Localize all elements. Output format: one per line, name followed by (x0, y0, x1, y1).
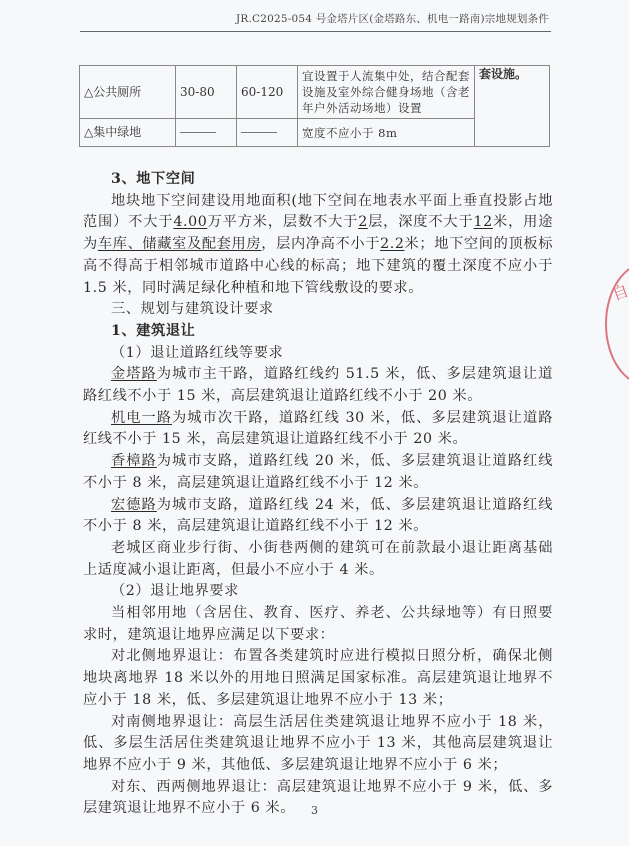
paragraph-road-3: 宏德路为城市支路，道路红线 24 米，低、多层建筑退让道路红线不小于 8 米，高… (83, 495, 553, 538)
road-name: 金塔路 (111, 366, 157, 382)
underlined-floors: 2 (358, 214, 368, 230)
underlined-depth: 12 (474, 214, 493, 230)
table-cell-dash (176, 119, 237, 147)
underlined-use: 车库、储藏室及配套用房 (98, 236, 261, 252)
text-span: 层，深度不大于 (368, 214, 474, 230)
table-cell-note: 宜设置于人流集中处，结合配套设施及室外综合健身场地（含老年户外活动场地）设置 (298, 66, 475, 119)
page-number: 3 (0, 804, 629, 817)
table-cell-dash (237, 119, 298, 147)
table-cell-name: △公共厕所 (80, 66, 176, 119)
text-span: 万平方米，层数不大于 (207, 214, 358, 230)
road-name: 宏德路 (111, 497, 157, 513)
table-cell-extra: 套设施。 (475, 66, 550, 147)
road-name: 机电一路 (111, 410, 172, 426)
paragraph-north-setback: 对北侧地界退让：布置各类建筑时应进行模拟日照分析，确保北侧地块离地界 18 米以… (83, 646, 553, 711)
paragraph-boundary-intro: 当相邻用地（含居住、教育、医疗、养老、公共绿地等）有日照要求时，建筑退让地界应满… (83, 603, 553, 646)
paragraph-underground: 地块地下空间建设用地面积(地下空间在地表水平面上垂直投影占地范围）不大于4.00… (83, 191, 553, 300)
underlined-area: 4.00 (173, 214, 207, 230)
road-name: 香樟路 (111, 453, 157, 469)
facilities-table: △公共厕所 30-80 60-120 宜设置于人流集中处，结合配套设施及室外综合… (79, 65, 550, 147)
text-span: ，层内净高不小于 (261, 236, 380, 252)
paragraph-road-0: 金塔路为城市主干路，道路红线约 51.5 米，低、多层建筑退让道路红线不小于 1… (83, 364, 553, 407)
table-cell-name: △集中绿地 (80, 119, 176, 147)
table-cell-value: 30-80 (176, 66, 237, 119)
paragraph-road-2: 香樟路为城市支路，道路红线 20 米，低、多层建筑退让道路红线不小于 8 米，高… (83, 451, 553, 494)
table-row: △公共厕所 30-80 60-120 宜设置于人流集中处，结合配套设施及室外综合… (80, 66, 550, 119)
table-cell-note: 宽度不应小于 8m (298, 119, 475, 147)
paragraph-old-town: 老城区商业步行街、小街巷两侧的建筑可在前款最小退让距离基础上适度减小退让距离，但… (83, 538, 553, 581)
paragraph-road-1: 机电一路为城市次干路，道路红线 30 米，低、多层建筑退让道路红线不小于 15 … (83, 408, 553, 451)
header-divider (80, 31, 551, 32)
section-heading-underground: 3、地下空间 (83, 169, 553, 191)
chapter-heading: 三、规划与建筑设计要求 (83, 299, 553, 321)
dash-mark (241, 132, 277, 133)
underlined-height: 2.2 (380, 236, 404, 252)
document-body: 3、地下空间 地块地下空间建设用地面积(地下空间在地表水平面上垂直投影占地范围）… (83, 169, 553, 820)
document-header-title: JR.C2025-054 号金塔片区(金塔路东、机电一路南)宗地规划条件 (236, 11, 549, 26)
item-heading-boundary-setback: （2）退让地界要求 (83, 581, 553, 603)
paragraph-south-setback: 对南侧地界退让：高层生活居住类建筑退让地界不应小于 18 米，低、多层生活居住类… (83, 712, 553, 777)
document-page: JR.C2025-054 号金塔片区(金塔路东、机电一路南)宗地规划条件 △公共… (0, 0, 629, 846)
table-cell-value: 60-120 (237, 66, 298, 119)
item-heading-road-setback: （1）退让道路红线等要求 (83, 343, 553, 365)
dash-mark (180, 132, 216, 133)
subsection-heading-setback: 1、建筑退让 (83, 321, 553, 343)
